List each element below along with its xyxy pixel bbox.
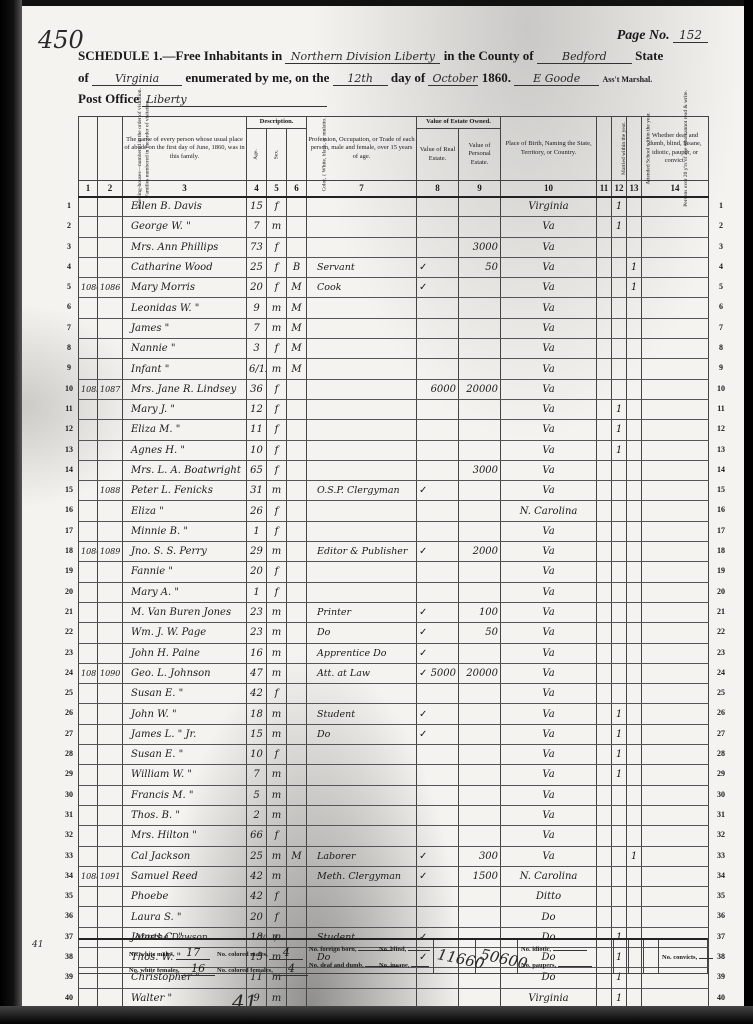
table-row: Thos. B. "2mVa (79, 805, 709, 825)
condition-cell (642, 379, 709, 399)
person-name-cell: Infant " (123, 359, 247, 379)
sex-cell: f (267, 278, 287, 298)
folio-number: 450 (38, 26, 84, 54)
table-row: Fannie "20fVa (79, 562, 709, 582)
check-mark-cell: ✓ (417, 602, 459, 622)
family-number-cell: 1091 (98, 866, 123, 886)
occupation-cell (307, 805, 417, 825)
condition-cell (642, 501, 709, 521)
sex-cell: m (267, 481, 287, 501)
personal-estate-cell (459, 197, 501, 217)
condition-cell (642, 866, 709, 886)
birthplace-cell: Va (501, 745, 597, 765)
dwelling-number-cell (79, 623, 98, 643)
row-number: 5 (60, 277, 78, 297)
married-cell (597, 846, 612, 866)
occupation-cell (307, 521, 417, 541)
person-name-cell: William W. " (123, 765, 247, 785)
condition-cell (642, 359, 709, 379)
row-number: 8 (712, 338, 730, 358)
married-cell (597, 866, 612, 886)
illiterate-cell (627, 460, 642, 480)
color-cell: M (287, 846, 307, 866)
row-number: 22 (712, 622, 730, 642)
row-number: 24 (712, 663, 730, 683)
dwelling-number-cell (79, 237, 98, 257)
check-mark: ✓ (419, 282, 427, 293)
occupation-cell: Cook (307, 278, 417, 298)
birthplace-cell: Va (501, 237, 597, 257)
family-number-cell (98, 460, 123, 480)
person-name-cell: Nannie " (123, 339, 247, 359)
column-numbers-row: 1234567891011121314 (79, 181, 709, 197)
occupation-cell: Meth. Clergyman (307, 866, 417, 886)
header-illiterate: Persons over 20 y'rs of age who cannot r… (627, 117, 642, 181)
personal-estate-cell (459, 805, 501, 825)
attended-school-cell: 1 (612, 440, 627, 460)
condition-cell (642, 745, 709, 765)
row-number: 36 (712, 906, 730, 926)
illiterate-cell (627, 907, 642, 927)
personal-estate-cell (459, 785, 501, 805)
married-cell (597, 542, 612, 562)
sex-cell: m (267, 318, 287, 338)
condition-cell (642, 907, 709, 927)
married-cell (597, 217, 612, 237)
condition-cell (642, 399, 709, 419)
birthplace-cell: Va (501, 217, 597, 237)
sex-cell: f (267, 521, 287, 541)
married-cell (597, 440, 612, 460)
table-row: Mrs. Hilton "66fVa (79, 826, 709, 846)
birthplace-cell: Va (501, 602, 597, 622)
illiterate-cell (627, 582, 642, 602)
check-mark-cell: ✓ (417, 643, 459, 663)
person-name-cell: Samuel Reed (123, 866, 247, 886)
dwelling-number-cell (79, 440, 98, 460)
married-cell (597, 257, 612, 277)
sex-cell: m (267, 704, 287, 724)
age-cell: 42 (247, 887, 267, 907)
color-cell (287, 440, 307, 460)
condition-cell (642, 542, 709, 562)
color-cell (287, 663, 307, 683)
row-number: 7 (712, 318, 730, 338)
attended-school-cell (612, 887, 627, 907)
age-cell: 6/12 (247, 359, 267, 379)
table-row: 10861089Jno. S. S. Perry29mEditor & Publ… (79, 542, 709, 562)
row-number: 28 (60, 744, 78, 764)
married-cell (597, 278, 612, 298)
person-name-cell: Fannie " (123, 562, 247, 582)
column-number: 8 (417, 181, 459, 197)
attended-school-cell (612, 623, 627, 643)
birthplace-cell: Va (501, 765, 597, 785)
condition-cell (642, 785, 709, 805)
illiterate-cell (627, 379, 642, 399)
occupation-cell (307, 460, 417, 480)
table-row: Mary J. "12fVa1 (79, 399, 709, 419)
column-number: 9 (459, 181, 501, 197)
condition-cell (642, 237, 709, 257)
age-cell: 20 (247, 562, 267, 582)
table-row: 10871090Geo. L. Johnson47mAtt. at Law✓50… (79, 663, 709, 683)
occupation-cell (307, 785, 417, 805)
check-mark-cell: ✓ (417, 481, 459, 501)
person-name-cell: Laura S. " (123, 907, 247, 927)
sex-cell: f (267, 440, 287, 460)
attended-school-cell (612, 237, 627, 257)
personal-estate-cell: 20000 (459, 663, 501, 683)
occupation-cell (307, 745, 417, 765)
header-family: Families numbered in the order of visita… (98, 117, 123, 181)
married-cell (597, 663, 612, 683)
illiterate-cell (627, 217, 642, 237)
occupation-cell (307, 582, 417, 602)
family-number-cell (98, 562, 123, 582)
color-cell (287, 582, 307, 602)
color-cell (287, 623, 307, 643)
color-cell (287, 237, 307, 257)
color-cell (287, 643, 307, 663)
attended-school-cell (612, 562, 627, 582)
illiterate-cell (627, 501, 642, 521)
personal-estate-cell (459, 481, 501, 501)
family-number-cell (98, 582, 123, 602)
check-mark-cell (417, 339, 459, 359)
age-cell: 47 (247, 663, 267, 683)
attended-school-cell (612, 257, 627, 277)
attended-school-cell: 1 (612, 704, 627, 724)
color-cell (287, 379, 307, 399)
row-number: 11 (60, 399, 78, 419)
table-row: Agnes H. "10fVa1 (79, 440, 709, 460)
birthplace-cell: Va (501, 399, 597, 419)
table-row: George W. "7mVa1 (79, 217, 709, 237)
personal-estate-cell: 20000 (459, 379, 501, 399)
family-number-cell (98, 318, 123, 338)
occupation-cell: Do (307, 724, 417, 744)
row-number: 26 (712, 703, 730, 723)
color-cell (287, 217, 307, 237)
age-cell: 5 (247, 785, 267, 805)
married-cell (597, 805, 612, 825)
birthplace-cell: N. Carolina (501, 501, 597, 521)
married-cell (597, 745, 612, 765)
check-mark-cell: ✓ (417, 623, 459, 643)
sex-cell: f (267, 907, 287, 927)
age-cell: 9 (247, 298, 267, 318)
birthplace-cell: Va (501, 643, 597, 663)
color-cell (287, 542, 307, 562)
check-mark-cell (417, 805, 459, 825)
age-cell: 31 (247, 481, 267, 501)
column-number: 12 (612, 181, 627, 197)
attended-school-cell: 1 (612, 724, 627, 744)
row-number: 21 (60, 602, 78, 622)
table-row: Cal Jackson25mMLaborer✓300Va1 (79, 846, 709, 866)
dwelling-number-cell (79, 501, 98, 521)
attended-school-cell: 1 (612, 745, 627, 765)
row-number: 37 (712, 927, 730, 947)
person-name-cell: Geo. L. Johnson (123, 663, 247, 683)
check-mark-cell (417, 399, 459, 419)
color-cell: M (287, 278, 307, 298)
row-number: 16 (712, 500, 730, 520)
condition-cell (642, 805, 709, 825)
family-number-cell (98, 704, 123, 724)
person-name-cell: Mrs. Hilton " (123, 826, 247, 846)
age-cell: 12 (247, 399, 267, 419)
row-number: 29 (712, 764, 730, 784)
sex-cell: m (267, 643, 287, 663)
married-cell (597, 785, 612, 805)
married-cell (597, 379, 612, 399)
condition-cell (642, 562, 709, 582)
condition-cell (642, 582, 709, 602)
person-name-cell: Thos. B. " (123, 805, 247, 825)
dwelling-number-cell (79, 521, 98, 541)
check-mark: ✓ (419, 648, 427, 659)
dwelling-number-cell (79, 826, 98, 846)
personal-estate-cell (459, 440, 501, 460)
check-mark-cell: 6000 (417, 379, 459, 399)
row-number: 40 (60, 988, 78, 1008)
age-cell: 10 (247, 745, 267, 765)
occupation-cell (307, 826, 417, 846)
birthplace-cell: Va (501, 826, 597, 846)
occupation-cell: Att. at Law (307, 663, 417, 683)
family-number-cell (98, 765, 123, 785)
sex-cell: f (267, 562, 287, 582)
check-mark-cell (417, 501, 459, 521)
table-row: 10851087Mrs. Jane R. Lindsey36f600020000… (79, 379, 709, 399)
occupation-cell (307, 298, 417, 318)
check-mark: ✓ (419, 627, 427, 638)
color-cell: M (287, 318, 307, 338)
age-cell: 1 (247, 521, 267, 541)
family-number-cell: 1090 (98, 663, 123, 683)
married-cell (597, 887, 612, 907)
birthplace-cell: Va (501, 562, 597, 582)
check-mark-cell: ✓5000 (417, 663, 459, 683)
table-row: Susan E. "42fVa (79, 684, 709, 704)
person-name-cell: Mary A. " (123, 582, 247, 602)
occupation-cell (307, 318, 417, 338)
personal-estate-cell (459, 745, 501, 765)
row-number: 2 (60, 216, 78, 236)
row-number: 10 (712, 379, 730, 399)
condition-cell (642, 197, 709, 217)
color-cell (287, 562, 307, 582)
post-office-line: Post Office Liberty (78, 91, 327, 107)
table-row: Eliza M. "11fVa1 (79, 420, 709, 440)
married-cell (597, 237, 612, 257)
dwelling-number-cell: 1086 (79, 278, 98, 298)
row-number: 32 (60, 825, 78, 845)
person-name-cell: Mrs. Jane R. Lindsey (123, 379, 247, 399)
married-cell (597, 562, 612, 582)
person-name-cell: Catharine Wood (123, 257, 247, 277)
personal-estate-cell (459, 217, 501, 237)
condition-cell (642, 663, 709, 683)
occupation-cell (307, 440, 417, 460)
sex-cell: f (267, 460, 287, 480)
condition-cell (642, 765, 709, 785)
dwelling-number-cell (79, 805, 98, 825)
column-number: 6 (287, 181, 307, 197)
birthplace-cell: Va (501, 339, 597, 359)
occupation-cell (307, 562, 417, 582)
check-mark-cell: ✓ (417, 846, 459, 866)
married-cell (597, 420, 612, 440)
column-number: 2 (98, 181, 123, 197)
birthplace-cell: Va (501, 684, 597, 704)
condition-cell (642, 318, 709, 338)
person-name-cell: Cal Jackson (123, 846, 247, 866)
sex-cell: f (267, 501, 287, 521)
condition-cell (642, 481, 709, 501)
check-mark-cell (417, 298, 459, 318)
column-number: 13 (627, 181, 642, 197)
check-mark-cell (417, 582, 459, 602)
illiterate-cell (627, 237, 642, 257)
age-cell: 42 (247, 684, 267, 704)
birthplace-cell: Va (501, 460, 597, 480)
color-cell (287, 785, 307, 805)
dwelling-number-cell (79, 684, 98, 704)
row-number: 14 (60, 460, 78, 480)
check-mark: ✓ (419, 668, 427, 679)
header-real-estate: Value of Real Estate. (417, 129, 459, 181)
attended-school-cell: 1 (612, 399, 627, 419)
attended-school-cell (612, 339, 627, 359)
condition-cell (642, 298, 709, 318)
header-description: Description. (247, 117, 307, 129)
occupation-cell (307, 399, 417, 419)
attended-school-cell (612, 643, 627, 663)
family-number-cell (98, 846, 123, 866)
birthplace-cell: Va (501, 298, 597, 318)
post-office-field: Liberty (142, 93, 327, 107)
row-number: 18 (60, 541, 78, 561)
check-mark-cell (417, 197, 459, 217)
illiterate-cell: 1 (627, 257, 642, 277)
person-name-cell: Mary Morris (123, 278, 247, 298)
header-color: Color, { White, black, or mulatto. (287, 129, 307, 181)
married-cell (597, 197, 612, 217)
dwelling-number-cell (79, 765, 98, 785)
birthplace-cell: Va (501, 257, 597, 277)
condition-cell (642, 339, 709, 359)
check-mark-cell (417, 887, 459, 907)
age-cell: 42 (247, 866, 267, 886)
row-number: 32 (712, 825, 730, 845)
row-number: 35 (712, 886, 730, 906)
check-mark: ✓ (419, 729, 427, 740)
family-number-cell (98, 420, 123, 440)
attended-school-cell (612, 501, 627, 521)
family-number-cell (98, 521, 123, 541)
dwelling-number-cell: 1088 (79, 866, 98, 886)
check-mark: ✓ (419, 607, 427, 618)
row-number: 29 (60, 764, 78, 784)
color-cell (287, 887, 307, 907)
personal-estate-cell: 1500 (459, 866, 501, 886)
check-mark-cell (417, 907, 459, 927)
birthplace-cell: Va (501, 785, 597, 805)
table-row: 10881091Samuel Reed42mMeth. Clergyman✓15… (79, 866, 709, 886)
personal-estate-cell (459, 887, 501, 907)
family-number-cell (98, 217, 123, 237)
family-number-cell (98, 339, 123, 359)
age-cell: 36 (247, 379, 267, 399)
color-cell (287, 460, 307, 480)
condition-cell (642, 440, 709, 460)
row-number: 14 (712, 460, 730, 480)
check-mark: ✓ (419, 851, 427, 862)
married-cell (597, 704, 612, 724)
census-rows: Ellen B. Davis15fVirginia1George W. "7mV… (79, 197, 709, 1009)
row-number: 39 (712, 967, 730, 987)
attended-school-cell: 1 (612, 420, 627, 440)
age-cell: 25 (247, 257, 267, 277)
color-cell (287, 521, 307, 541)
family-number-cell: 1087 (98, 379, 123, 399)
personal-estate-cell (459, 318, 501, 338)
family-number-cell: 1086 (98, 278, 123, 298)
illiterate-cell (627, 420, 642, 440)
row-number: 12 (60, 419, 78, 439)
row-number: 1 (712, 196, 730, 216)
condition-cell (642, 684, 709, 704)
illiterate-cell (627, 866, 642, 886)
person-name-cell: George W. " (123, 217, 247, 237)
person-name-cell: James L. " Jr. (123, 724, 247, 744)
check-mark-cell (417, 217, 459, 237)
row-number: 33 (60, 846, 78, 866)
personal-estate-cell (459, 582, 501, 602)
dwelling-number-cell (79, 785, 98, 805)
sex-cell: m (267, 765, 287, 785)
dwelling-number-cell (79, 582, 98, 602)
column-number: 1 (79, 181, 98, 197)
sex-cell: m (267, 805, 287, 825)
row-number: 17 (60, 521, 78, 541)
occupation-cell (307, 379, 417, 399)
row-number: 16 (60, 500, 78, 520)
condition-cell (642, 704, 709, 724)
person-name-cell: M. Van Buren Jones (123, 602, 247, 622)
sex-cell: m (267, 846, 287, 866)
table-row: Nannie "3fMVa (79, 339, 709, 359)
table-row: Phoebe42fDitto (79, 887, 709, 907)
row-number: 20 (712, 582, 730, 602)
table-row: Laura S. "20fDo (79, 907, 709, 927)
dwelling-number-cell (79, 257, 98, 277)
age-cell: 20 (247, 907, 267, 927)
color-cell: B (287, 257, 307, 277)
table-row: Mrs. Ann Phillips73f3000Va (79, 237, 709, 257)
family-number-cell: 1089 (98, 542, 123, 562)
table-row: Francis M. "5mVa (79, 785, 709, 805)
dwelling-number-cell (79, 846, 98, 866)
white-males-summary: No. white males, 17 (129, 946, 210, 960)
age-cell: 7 (247, 217, 267, 237)
family-number-cell (98, 257, 123, 277)
row-number: 33 (712, 846, 730, 866)
row-numbers-left: 1234567891011121314151617181920212223242… (60, 196, 78, 1008)
